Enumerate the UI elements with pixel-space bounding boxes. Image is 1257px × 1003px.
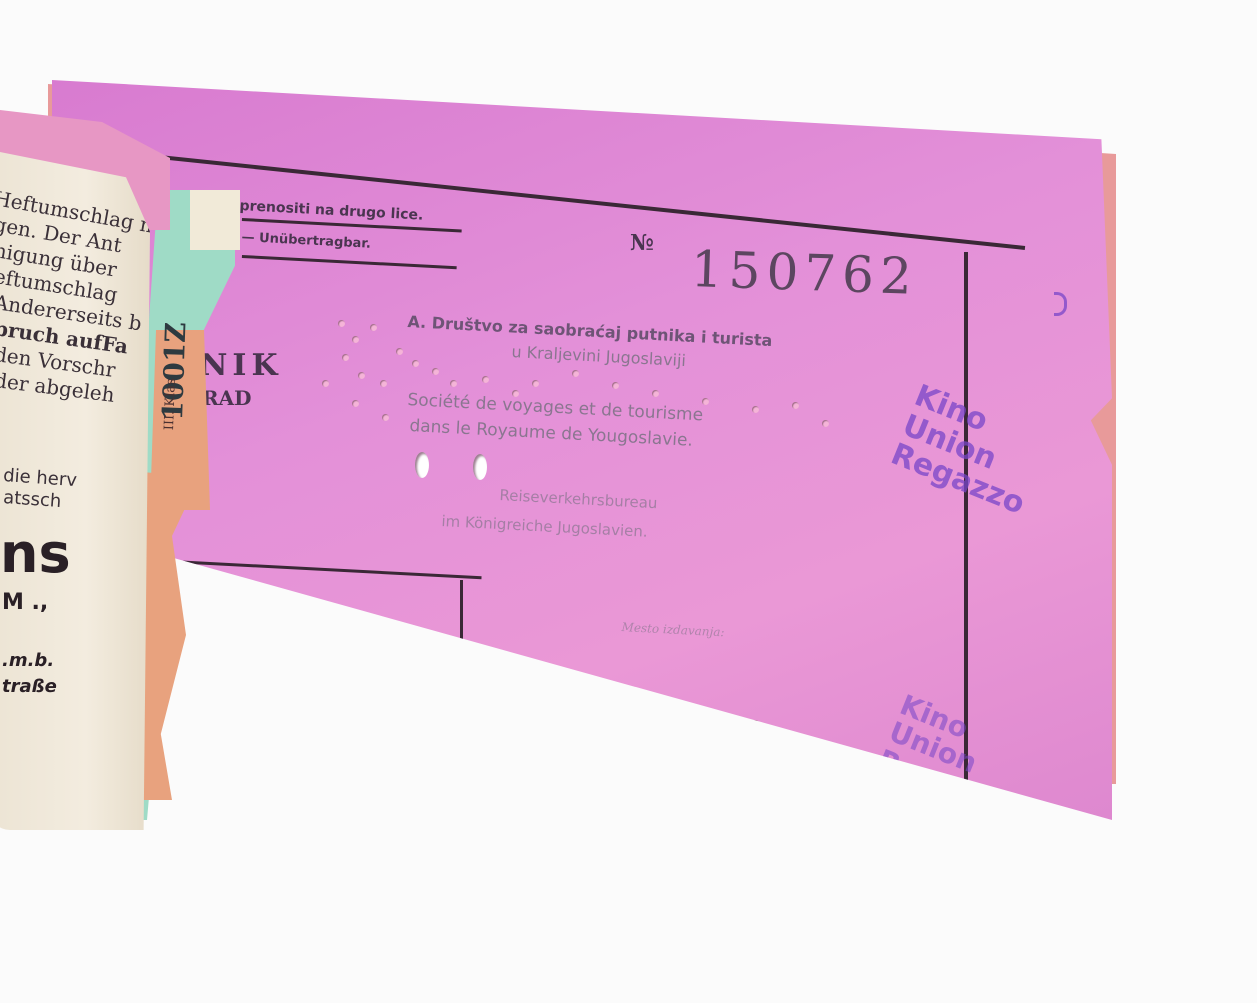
price-label-preis: Preis (684, 744, 710, 755)
signature-label: Potpis vlasnika: (167, 595, 279, 617)
price-value: 0.50 (714, 730, 776, 763)
stamp-mark (1054, 292, 1067, 316)
curled-page: Heftumschlag ngen. Der Antnigung übereft… (0, 150, 150, 830)
number-symbol: № (630, 230, 654, 256)
punch-hole-1 (415, 452, 429, 478)
perforation-dot (382, 414, 389, 421)
perforation-dot (582, 712, 589, 719)
issuer-german-2: im Königreiche Jugoslavien. (441, 512, 648, 541)
price-currency: din. (794, 740, 835, 765)
perforation-dot (402, 708, 409, 715)
issuer-serbian-1: A. Društvo za saobraćaj putnika i turist… (407, 312, 773, 350)
price-label: Cena (514, 730, 570, 755)
frame-bottom-line (172, 740, 970, 803)
perforation-dot (352, 336, 359, 343)
perforation-dot (370, 324, 377, 331)
perforation-dot (338, 320, 345, 327)
perforation-dot (822, 420, 829, 427)
perforation-dot (772, 750, 779, 757)
perforation-dot (412, 360, 419, 367)
perforation-dot (482, 376, 489, 383)
cinema-stamp-2: Kino Union Regazzo (874, 690, 1029, 821)
notice-german: — Unübertragbar. (241, 230, 371, 252)
perforation-dot (358, 372, 365, 379)
notice-divider-1 (242, 218, 462, 233)
perforation-dot (310, 708, 317, 715)
issuer-serbian-2: u Kraljevini Jugoslaviji (511, 342, 686, 370)
left-page-brand-sub: M ., (2, 590, 48, 615)
ticket-subtitle: RAD (202, 386, 251, 410)
ticket-stub-cream (190, 190, 240, 250)
perforation-dot (552, 720, 559, 727)
perforation-dot (652, 700, 659, 707)
perforation-dot (812, 760, 819, 767)
signature-box-bottom (172, 702, 462, 720)
signature-box-right (460, 580, 463, 730)
perforation-dot (382, 692, 389, 699)
issuer-german-1: Reiseverkehrsbureau (499, 486, 658, 512)
perforation-dot (302, 688, 309, 695)
left-page-lower-line: atssch (3, 487, 62, 512)
left-page-brand: ns (0, 522, 71, 585)
perforation-dot (432, 720, 439, 727)
perforation-dot (532, 380, 539, 387)
left-page-footer-line: .m.b. (2, 650, 54, 671)
perforation-dot (652, 390, 659, 397)
perforation-dot (572, 370, 579, 377)
perforation-dot (672, 770, 679, 777)
ticket-title: NIK (200, 348, 283, 383)
perforation-dot (380, 380, 387, 387)
perforation-dot (332, 720, 339, 727)
price-label-prix: Prix (690, 720, 710, 731)
perforation-dot (612, 728, 619, 735)
perforation-dot (512, 390, 519, 397)
perforation-dot (432, 368, 439, 375)
perforation-dot (492, 728, 499, 735)
perforation-dot (472, 706, 479, 713)
perforation-dot (522, 740, 529, 747)
signature-box-top (172, 560, 482, 579)
stub-orange-class: III. Klas (162, 378, 179, 430)
perforation-dot (752, 720, 759, 727)
issue-place-label: Mesto izdavanja: (621, 620, 725, 639)
perforation-dot (792, 402, 799, 409)
perforation-dot (450, 380, 457, 387)
perforation-dot (362, 700, 369, 707)
perforation-dot (336, 686, 343, 693)
perforation-dot (702, 398, 709, 405)
perforation-dot (322, 380, 329, 387)
perforation-dot (392, 730, 399, 737)
punch-hole-2 (473, 454, 487, 480)
cinema-stamp-1: Kino Union Regazzo (887, 380, 1053, 520)
perforation-dot (320, 676, 327, 683)
perforation-dot (352, 400, 359, 407)
perforation-dot (352, 740, 359, 747)
perforation-dot (752, 406, 759, 413)
ticket-number: 150762 (690, 240, 919, 306)
perforation-dot (342, 354, 349, 361)
notice-divider-2 (242, 255, 457, 269)
left-page-footer-line: traße (2, 676, 57, 697)
perforation-dot (632, 780, 639, 787)
perforation-dot (692, 742, 699, 749)
perforation-dot (396, 348, 403, 355)
perforation-dot (612, 382, 619, 389)
perforation-dot (592, 770, 599, 777)
perforation-dot (672, 720, 679, 727)
